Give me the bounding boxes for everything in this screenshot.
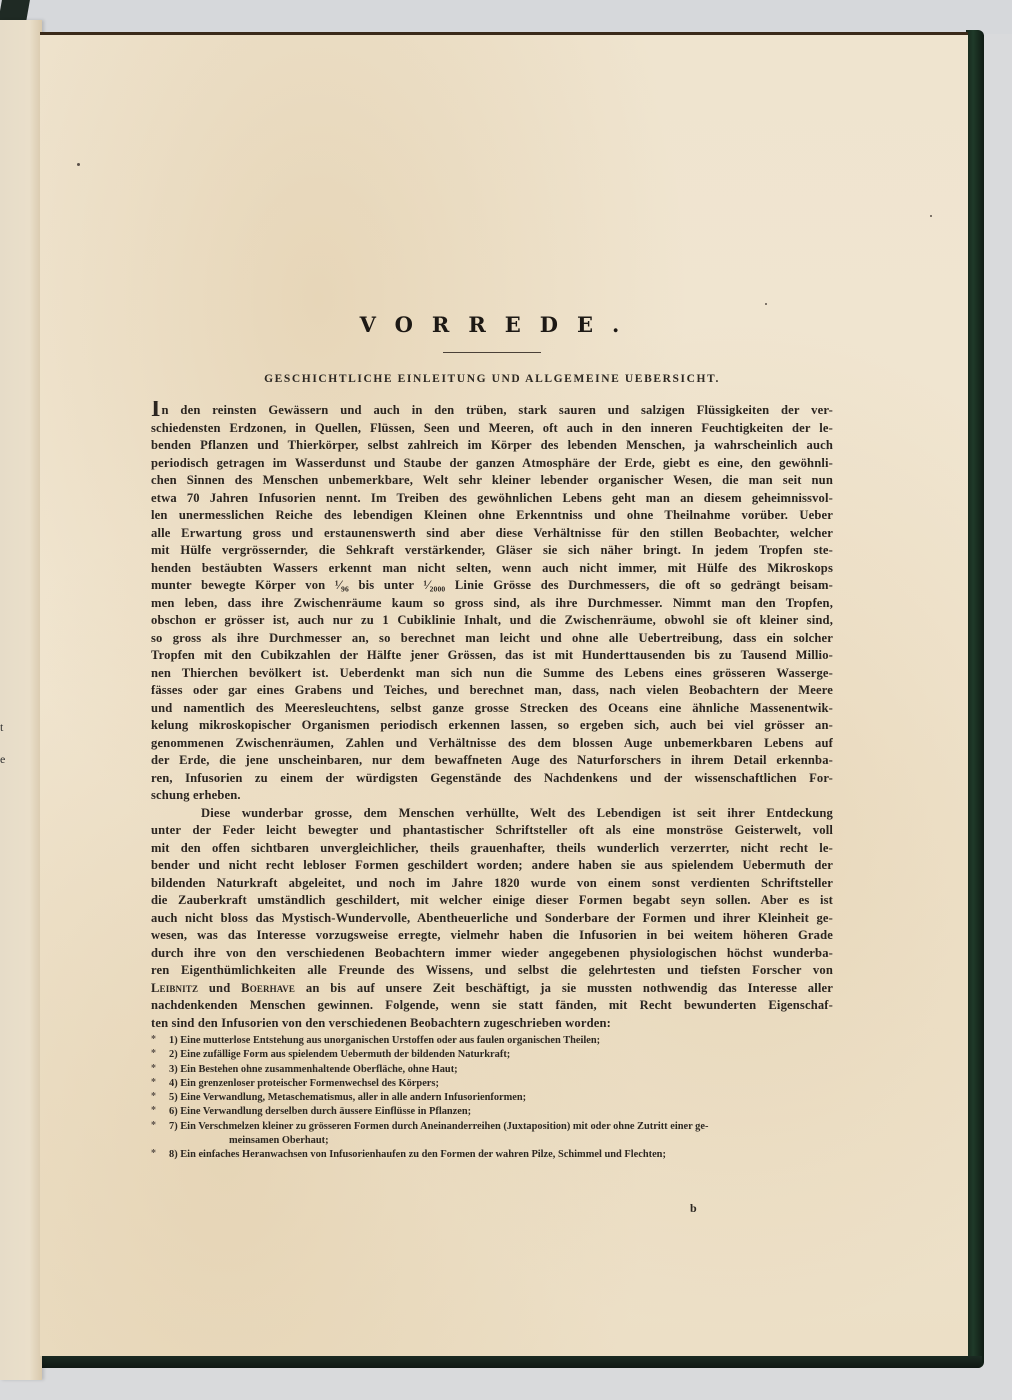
text-line: die Zauberkraft umständlich geschildert,… [151, 892, 833, 910]
previous-page-edge: t e [0, 20, 42, 1380]
text-line: ren Eigenthümlichkeiten alle Freunde des… [151, 962, 833, 980]
book-page: VORREDE. GESCHICHTLICHE EINLEITUNG UND A… [40, 32, 968, 1356]
text-line: bildenden Naturkraft abgeleitet, und noc… [151, 875, 833, 893]
bullet-icon: * [151, 1104, 156, 1118]
paragraph-1: In den reinsten Gewässern und auch in de… [151, 401, 833, 805]
text-line: periodisch getragen im Wasserdunst und S… [151, 455, 833, 473]
list-item: *5) Eine Verwandlung, Metaschematismus, … [151, 1091, 833, 1105]
text-line-names: Leibnitz und Boerhave an bis auf unsere … [151, 980, 833, 998]
text-line: munter bewegte Körper von ¹⁄₉₆ bis unter… [151, 577, 833, 595]
text-line: benden Pflanzen und Thierkörper, selbst … [151, 437, 833, 455]
text-line: Tropfen mit den Cubikzahlen der Hälfte j… [151, 647, 833, 665]
text-line: und namentlich des Meeresleuchtens, selb… [151, 700, 833, 718]
text-line: Diese wunderbar grosse, dem Menschen ver… [151, 805, 833, 823]
properties-list: *1) Eine mutterlose Entstehung aus unorg… [151, 1034, 833, 1163]
list-item: *8) Ein einfaches Heranwachsen von Infus… [151, 1148, 833, 1162]
text-line: bender und nicht recht lebloser Formen g… [151, 857, 833, 875]
list-item: *3) Ein Bestehen ohne zusammenhaltende O… [151, 1063, 833, 1077]
text-line: etwa 70 Jahren Infusorien nennt. Im Trei… [151, 490, 833, 508]
section-subtitle: GESCHICHTLICHE EINLEITUNG UND ALLGEMEINE… [151, 373, 833, 385]
text-line: auch nicht bloss das Mystisch-Wundervoll… [151, 910, 833, 928]
text-line: wesen, was das Interesse vorzugsweise er… [151, 927, 833, 945]
book-cover-corner [0, 0, 30, 22]
text-line: mit Hülfe vergrössernder, die Sehkraft v… [151, 542, 833, 560]
text-line: schiedensten Erdzonen, in Quellen, Flüss… [151, 420, 833, 438]
text-line: len unermesslichen Reiche des lebendigen… [151, 507, 833, 525]
bullet-icon: * [151, 1147, 156, 1161]
bullet-icon: * [151, 1047, 156, 1061]
text-line: chen Sinnen des Menschen unbemerkbare, W… [151, 472, 833, 490]
text-line: mit den offen sichtbaren unvergleichlich… [151, 840, 833, 858]
text-line: nachdenkenden Menschen gewinnen. Folgend… [151, 997, 833, 1015]
text-line: alle Erwartung gross und erstaunenswerth… [151, 525, 833, 543]
ink-speck [77, 163, 80, 166]
bullet-icon: * [151, 1119, 156, 1133]
text-line: ten sind den Infusorien von den verschie… [151, 1015, 833, 1033]
text-line: ren, Infusorien zu einem der würdigsten … [151, 770, 833, 788]
paragraph-2: Diese wunderbar grosse, dem Menschen ver… [151, 805, 833, 1033]
text-line: der Erde, die jene unscheinbaren, nur de… [151, 752, 833, 770]
prev-page-mark: t [0, 720, 3, 735]
text-line: so gross als ihre Durchmesser an, so ber… [151, 630, 833, 648]
ink-speck [765, 303, 767, 305]
page-title: VORREDE. [165, 310, 833, 340]
list-item: *1) Eine mutterlose Entstehung aus unorg… [151, 1034, 833, 1048]
book-cover-edge-bottom [36, 1356, 982, 1368]
ink-speck [930, 215, 932, 217]
title-rule [443, 352, 541, 353]
name-boerhave: Boerhave [241, 981, 295, 995]
bullet-icon: * [151, 1076, 156, 1090]
text-line: unter der Feder leicht bewegter und phan… [151, 822, 833, 840]
text-line: nen Thierchen bevölkert ist. Ueberdenkt … [151, 665, 833, 683]
backdrop [0, 0, 1012, 34]
name-leibnitz: Leibnitz [151, 981, 198, 995]
bullet-icon: * [151, 1062, 156, 1076]
signature-mark: b [690, 1201, 697, 1216]
book-cover-edge-right [966, 30, 984, 1368]
text-line: henden bestäubten Wassers erkennt man ni… [151, 560, 833, 578]
list-item: *6) Eine Verwandlung derselben durch äus… [151, 1105, 833, 1119]
list-item: *7) Ein Verschmelzen kleiner zu grössere… [151, 1120, 833, 1149]
list-item: *2) Eine zufällige Form aus spielendem U… [151, 1048, 833, 1062]
drop-cap: I [151, 401, 161, 420]
text-line: fässes oder gar eines Grabens und Teiche… [151, 682, 833, 700]
prev-page-mark: e [0, 752, 5, 767]
page-content: VORREDE. GESCHICHTLICHE EINLEITUNG UND A… [151, 310, 833, 1163]
text-line: men leben, dass ihre Zwischenräume kaum … [151, 595, 833, 613]
text-line: kelung mikroskopischer Organismen period… [151, 717, 833, 735]
text-line: genommenen Zwischenräumen, Zahlen und Ve… [151, 735, 833, 753]
text-line: obschon er grösser ist, auch nur zu 1 Cu… [151, 612, 833, 630]
bullet-icon: * [151, 1033, 156, 1047]
text-line: schung erheben. [151, 787, 833, 805]
text-line: durch ihre von den verschiedenen Beobach… [151, 945, 833, 963]
bullet-icon: * [151, 1090, 156, 1104]
list-item: *4) Ein grenzenloser proteischer Formenw… [151, 1077, 833, 1091]
